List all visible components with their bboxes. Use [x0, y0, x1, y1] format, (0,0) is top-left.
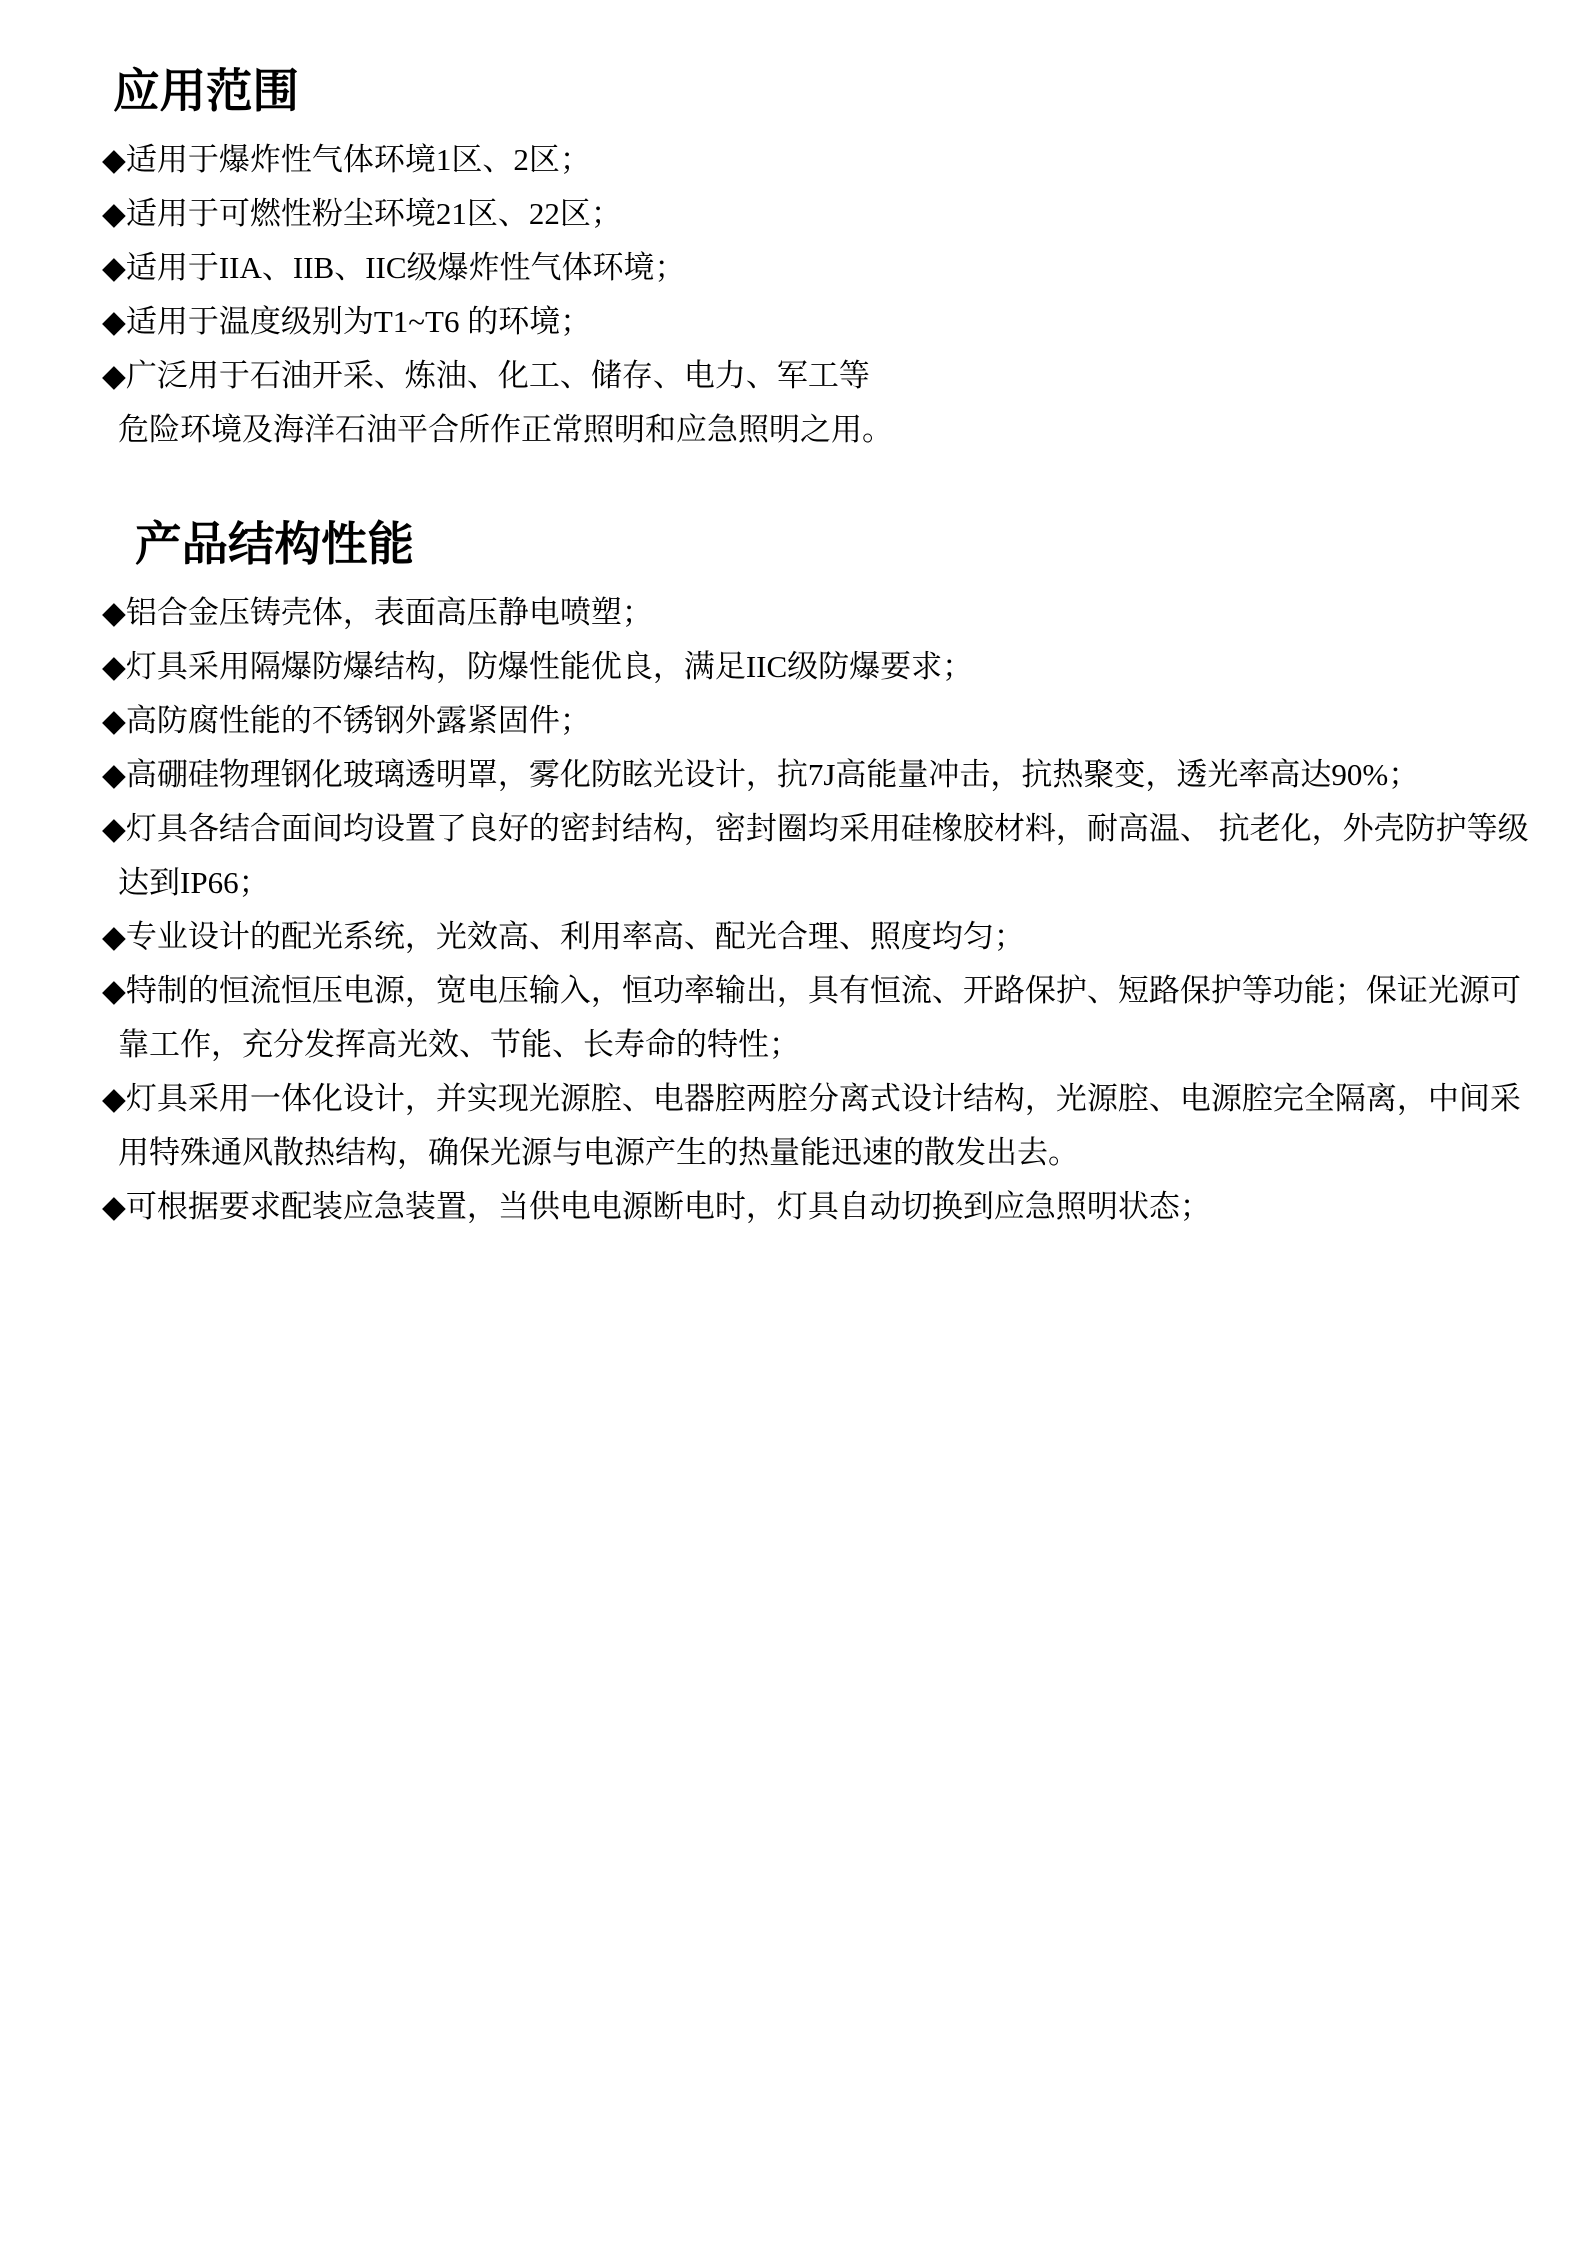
section-heading-product-structure: 产品结构性能: [135, 519, 1507, 573]
diamond-bullet-icon: ◆: [102, 595, 126, 630]
diamond-bullet-icon: ◆: [102, 703, 126, 738]
bullet-line: ◆灯具采用一体化设计，并实现光源腔、电器腔两腔分离式设计结构，光源腔、电源腔完全…: [102, 1072, 1507, 1126]
bullet-line: ◆广泛用于石油开采、炼油、化工、储存、电力、军工等: [102, 349, 1507, 403]
bullet-line: ◆专业设计的配光系统，光效高、利用率高、配光合理、照度均匀；: [102, 910, 1507, 964]
bullet-item: ◆专业设计的配光系统，光效高、利用率高、配光合理、照度均匀；: [102, 910, 1507, 964]
bullet-text: 高硼硅物理钢化玻璃透明罩，雾化防眩光设计，抗7J高能量冲击，抗热聚变，透光率高达…: [126, 757, 1419, 792]
bullet-item: ◆可根据要求配装应急装置，当供电电源断电时，灯具自动切换到应急照明状态；: [102, 1180, 1507, 1234]
bullet-item: ◆适用于爆炸性气体环境1区、2区；: [102, 133, 1507, 187]
bullet-item: ◆适用于IIA、IIB、IIC级爆炸性气体环境；: [102, 241, 1507, 295]
bullet-line: ◆特制的恒流恒压电源，宽电压输入，恒功率输出，具有恒流、开路保护、短路保护等功能…: [102, 964, 1507, 1018]
bullet-line: ◆适用于可燃性粉尘环境21区、22区；: [102, 187, 1507, 241]
bullet-line: ◆高硼硅物理钢化玻璃透明罩，雾化防眩光设计，抗7J高能量冲击，抗热聚变，透光率高…: [102, 748, 1507, 802]
bullet-line: ◆铝合金压铸壳体，表面高压静电喷塑；: [102, 586, 1507, 640]
bullet-text: 特制的恒流恒压电源，宽电压输入，恒功率输出，具有恒流、开路保护、短路保护等功能；…: [126, 973, 1521, 1008]
bullet-line: ◆灯具各结合面间均设置了良好的密封结构，密封圈均采用硅橡胶材料，耐高温、 抗老化…: [102, 802, 1507, 856]
bullet-text: 可根据要求配装应急装置，当供电电源断电时，灯具自动切换到应急照明状态；: [126, 1189, 1211, 1224]
diamond-bullet-icon: ◆: [102, 304, 126, 339]
bullet-text: 适用于温度级别为T1~T6 的环境；: [126, 304, 591, 339]
bullet-continuation-line: 用特殊通风散热结构，确保光源与电源产生的热量能迅速的散发出去。: [102, 1126, 1507, 1180]
document-page: 应用范围 ◆适用于爆炸性气体环境1区、2区； ◆适用于可燃性粉尘环境21区、22…: [0, 0, 1587, 2245]
bullet-item: ◆高防腐性能的不锈钢外露紧固件；: [102, 694, 1507, 748]
bullet-continuation-line: 靠工作，充分发挥高光效、节能、长寿命的特性；: [102, 1018, 1507, 1072]
diamond-bullet-icon: ◆: [102, 1081, 126, 1116]
diamond-bullet-icon: ◆: [102, 1189, 126, 1224]
bullet-line: ◆适用于IIA、IIB、IIC级爆炸性气体环境；: [102, 241, 1507, 295]
bullet-line: ◆可根据要求配装应急装置，当供电电源断电时，灯具自动切换到应急照明状态；: [102, 1180, 1507, 1234]
diamond-bullet-icon: ◆: [102, 196, 126, 231]
bullet-item: ◆高硼硅物理钢化玻璃透明罩，雾化防眩光设计，抗7J高能量冲击，抗热聚变，透光率高…: [102, 748, 1507, 802]
bullet-text: 灯具采用一体化设计，并实现光源腔、电器腔两腔分离式设计结构，光源腔、电源腔完全隔…: [126, 1081, 1521, 1116]
diamond-bullet-icon: ◆: [102, 919, 126, 954]
diamond-bullet-icon: ◆: [102, 757, 126, 792]
diamond-bullet-icon: ◆: [102, 973, 126, 1008]
bullet-item: ◆特制的恒流恒压电源，宽电压输入，恒功率输出，具有恒流、开路保护、短路保护等功能…: [102, 964, 1507, 1072]
diamond-bullet-icon: ◆: [102, 811, 126, 846]
bullet-text: 广泛用于石油开采、炼油、化工、储存、电力、军工等: [126, 358, 870, 393]
bullet-text: 适用于IIA、IIB、IIC级爆炸性气体环境；: [126, 250, 686, 285]
bullet-item: ◆铝合金压铸壳体，表面高压静电喷塑；: [102, 586, 1507, 640]
bullet-line: ◆适用于温度级别为T1~T6 的环境；: [102, 295, 1507, 349]
diamond-bullet-icon: ◆: [102, 358, 126, 393]
bullet-item: ◆适用于温度级别为T1~T6 的环境；: [102, 295, 1507, 349]
bullet-continuation-line: 达到IP66；: [102, 856, 1507, 910]
bullet-text: 适用于可燃性粉尘环境21区、22区；: [126, 196, 622, 231]
bullet-text: 铝合金压铸壳体，表面高压静电喷塑；: [126, 595, 653, 630]
bullet-text: 高防腐性能的不锈钢外露紧固件；: [126, 703, 591, 738]
bullet-continuation-line: 危险环境及海洋石油平合所作正常照明和应急照明之用。: [102, 403, 1507, 457]
bullet-item: ◆灯具各结合面间均设置了良好的密封结构，密封圈均采用硅橡胶材料，耐高温、 抗老化…: [102, 802, 1507, 910]
bullet-text: 专业设计的配光系统，光效高、利用率高、配光合理、照度均匀；: [126, 919, 1025, 954]
bullet-item: ◆灯具采用隔爆防爆结构，防爆性能优良，满足IIC级防爆要求；: [102, 640, 1507, 694]
bullet-text: 适用于爆炸性气体环境1区、2区；: [126, 142, 591, 177]
diamond-bullet-icon: ◆: [102, 142, 126, 177]
diamond-bullet-icon: ◆: [102, 250, 126, 285]
bullet-item: ◆适用于可燃性粉尘环境21区、22区；: [102, 187, 1507, 241]
bullet-text: 灯具采用隔爆防爆结构，防爆性能优良，满足IIC级防爆要求；: [126, 649, 973, 684]
bullet-line: ◆适用于爆炸性气体环境1区、2区；: [102, 133, 1507, 187]
bullet-text: 灯具各结合面间均设置了良好的密封结构，密封圈均采用硅橡胶材料，耐高温、 抗老化，…: [126, 811, 1529, 846]
bullet-line: ◆灯具采用隔爆防爆结构，防爆性能优良，满足IIC级防爆要求；: [102, 640, 1507, 694]
bullet-item: ◆广泛用于石油开采、炼油、化工、储存、电力、军工等 危险环境及海洋石油平合所作正…: [102, 349, 1507, 457]
bullet-line: ◆高防腐性能的不锈钢外露紧固件；: [102, 694, 1507, 748]
diamond-bullet-icon: ◆: [102, 649, 126, 684]
bullet-item: ◆灯具采用一体化设计，并实现光源腔、电器腔两腔分离式设计结构，光源腔、电源腔完全…: [102, 1072, 1507, 1180]
section-heading-application-scope: 应用范围: [113, 66, 1507, 120]
